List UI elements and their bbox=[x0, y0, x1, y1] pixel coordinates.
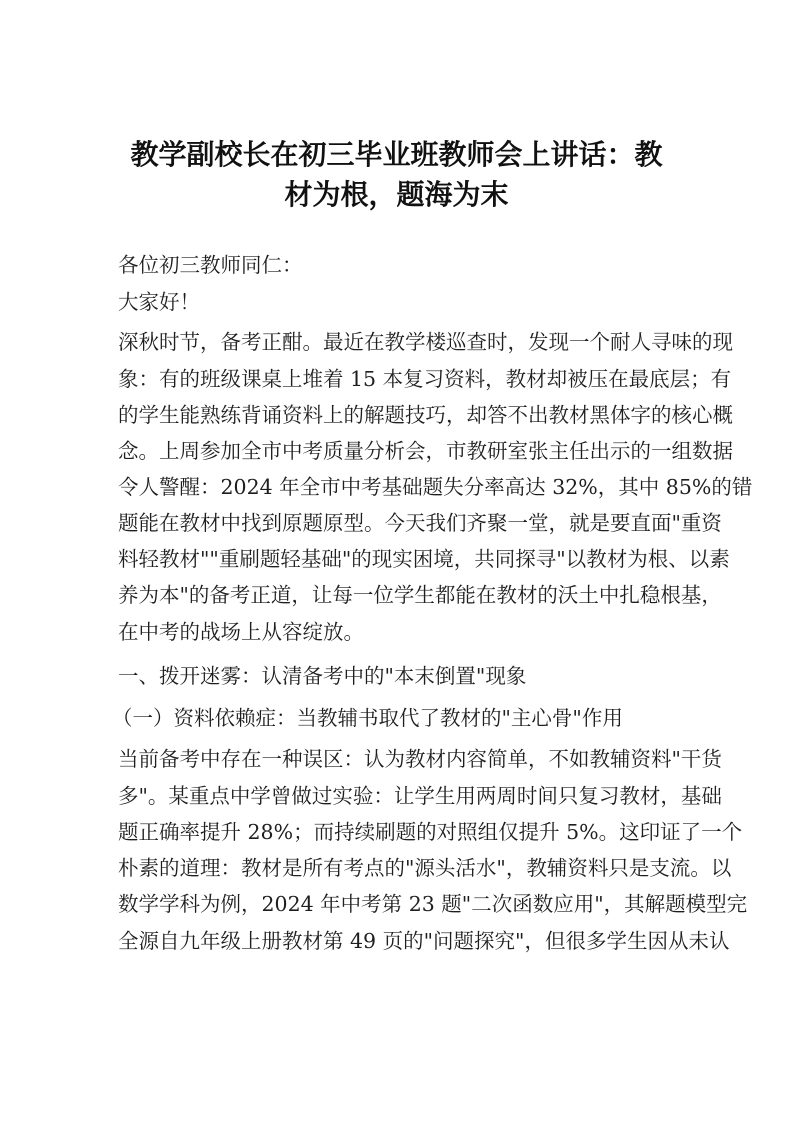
section-1-heading: 一、拨开迷雾：认清备考中的"本末倒置"现象 bbox=[118, 663, 678, 689]
intro-line-6: 题能在教材中找到原题原型。今天我们齐聚一堂，就是要直面"重资 bbox=[118, 510, 678, 536]
intro-line-7: 料轻教材""重刷题轻基础"的现实困境，共同探寻"以教材为根、以素 bbox=[118, 546, 678, 572]
subsection-body-line-4: 朴素的道理：教材是所有考点的"源头活水"，教辅资料只是支流。以 bbox=[118, 855, 678, 881]
intro-line-8: 养为本"的备考正道，让每一位学生都能在教材的沃土中扎稳根基， bbox=[118, 582, 678, 608]
salutation: 各位初三教师同仁： bbox=[118, 252, 678, 278]
subsection-body-line-5: 数学学科为例，2024 年中考第 23 题"二次函数应用"，其解题模型完 bbox=[118, 891, 678, 917]
intro-line-5: 令人警醒：2024 年全市中考基础题失分率高达 32%，其中 85%的错 bbox=[118, 474, 678, 500]
subsection-body-line-1: 当前备考中存在一种误区：认为教材内容简单，不如教辅资料"干货 bbox=[118, 746, 678, 772]
subsection-body-line-6: 全源自九年级上册教材第 49 页的"问题探究"，但很多学生因从未认 bbox=[118, 928, 678, 954]
subsection-body-line-3: 题正确率提升 28%；而持续刷题的对照组仅提升 5%。这印证了一个 bbox=[118, 819, 678, 845]
intro-line-3: 的学生能熟练背诵资料上的解题技巧，却答不出教材黑体字的核心概 bbox=[118, 402, 678, 428]
document-page: 教学副校长在初三毕业班教师会上讲话：教 材为根，题海为末 各位初三教师同仁： 大… bbox=[0, 0, 793, 1122]
document-title-line-1: 教学副校长在初三毕业班教师会上讲话：教 bbox=[0, 138, 793, 172]
subsection-1-1-heading: （一）资料依赖症：当教辅书取代了教材的"主心骨"作用 bbox=[112, 705, 672, 731]
greeting: 大家好！ bbox=[118, 289, 678, 315]
subsection-body-line-2: 多"。某重点中学曾做过实验：让学生用两周时间只复习教材，基础 bbox=[118, 783, 678, 809]
intro-line-1: 深秋时节，备考正酣。最近在教学楼巡查时，发现一个耐人寻味的现 bbox=[118, 329, 678, 355]
document-title-line-2: 材为根，题海为末 bbox=[0, 178, 793, 212]
intro-line-2: 象：有的班级课桌上堆着 15 本复习资料，教材却被压在最底层；有 bbox=[118, 366, 678, 392]
intro-line-4: 念。上周参加全市中考质量分析会，市教研室张主任出示的一组数据 bbox=[118, 438, 678, 464]
intro-line-9: 在中考的战场上从容绽放。 bbox=[118, 619, 678, 645]
